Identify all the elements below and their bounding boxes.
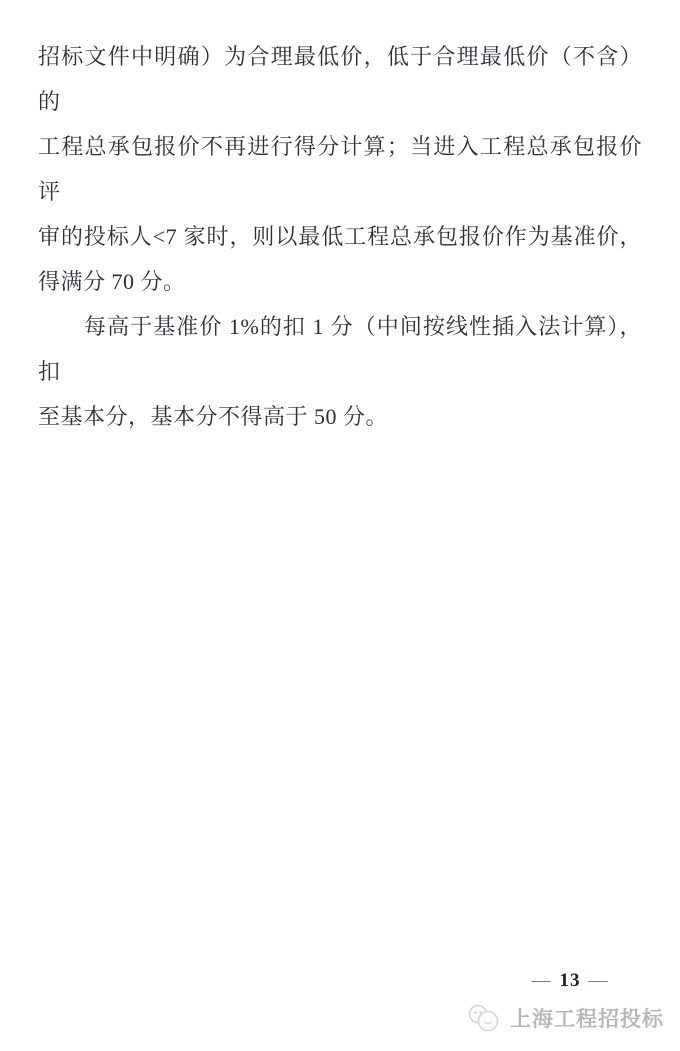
watermark-label: 上海工程招投标 <box>510 1003 664 1033</box>
page-number-dash-left: — <box>524 970 560 991</box>
watermark: 上海工程招投标 <box>467 1003 664 1033</box>
page-number-value: 13 <box>560 970 581 991</box>
text-line: 审的投标人<7 家时，则以最低工程总承包报价作为基准价， <box>38 214 642 259</box>
text-line: 得满分 70 分。 <box>38 259 642 304</box>
document-body: 招标文件中明确）为合理最低价，低于合理最低价（不含）的 工程总承包报价不再进行得… <box>38 34 642 439</box>
text-line: 每高于基准价 1%的扣 1 分（中间按线性插入法计算），扣 <box>38 304 642 394</box>
panda-logo-icon <box>467 1003 503 1033</box>
document-page: 招标文件中明确）为合理最低价，低于合理最低价（不含）的 工程总承包报价不再进行得… <box>0 0 680 1051</box>
text-line: 至基本分，基本分不得高于 50 分。 <box>38 394 642 439</box>
page-number-dash-right: — <box>581 970 617 991</box>
text-line: 工程总承包报价不再进行得分计算；当进入工程总承包报价评 <box>38 124 642 214</box>
page-number: —13— <box>505 970 635 992</box>
text-line: 招标文件中明确）为合理最低价，低于合理最低价（不含）的 <box>38 34 642 124</box>
